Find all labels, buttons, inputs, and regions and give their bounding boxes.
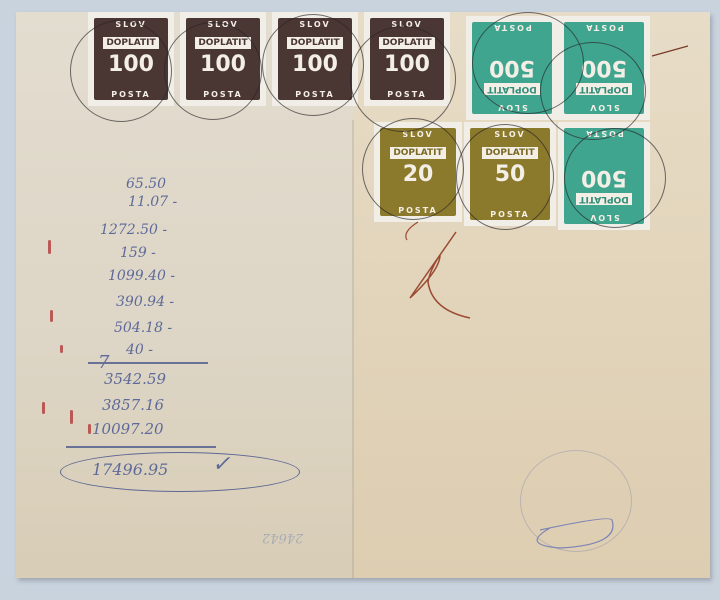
ink-annotations [0, 0, 720, 600]
blue-signature [537, 519, 613, 548]
red-arrow [652, 46, 688, 56]
red-initial-k [410, 232, 470, 318]
red-tick [406, 222, 418, 240]
